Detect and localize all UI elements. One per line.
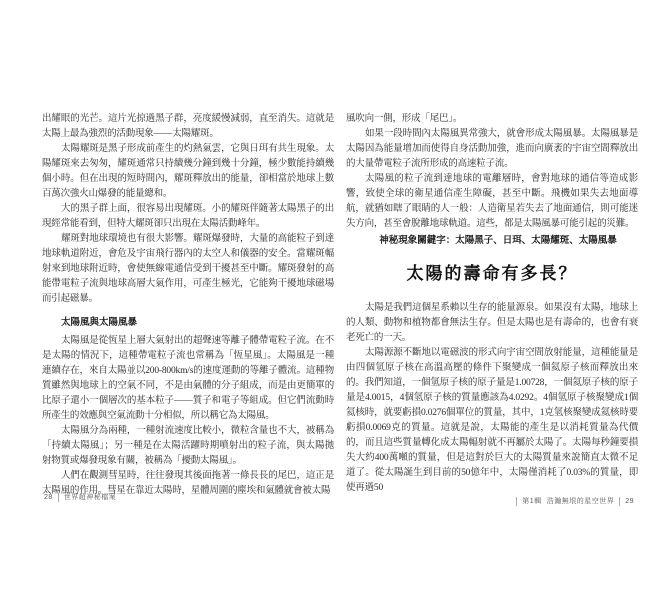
series-label: 第1輯 [522,496,541,506]
mystery-keywords-line: 神秘現象關鍵字：太陽黑子、日珥、太陽耀斑、太陽風暴 [346,233,638,248]
footer-divider [58,493,59,502]
paragraph: 太陽風分為兩種，一種射流速度比較小，微粒含量也不大，被稱為「持續太陽風」；另一種… [42,424,334,469]
paragraph: 如果一段時間內太陽風異常強大，就會形成太陽風暴。太陽風暴是太陽因為能量增加而使得… [346,127,638,172]
paragraph: 風吹向一側，形成「尾巴」。 [346,112,638,127]
page-number: 28 [44,494,53,501]
book-title: 世界超神秘檔案 [64,492,117,502]
paragraph: 太陽源源不斷地以電磁波的形式向宇宙空間放射能量，這種能量是由四個氫原子核在高溫高… [346,346,638,496]
paragraph: 耀斑對地球環境也有很大影響。耀斑爆發時，大量的高能粒子到達地球軌道附近，會危及宇… [42,232,334,307]
section-subheading: 太陽風與太陽風暴 [42,315,334,330]
left-page: 出耀眼的光芒。這片光掠過黑子群，亮度緩慢減弱，直至消失。這就是太陽上最為強烈的活… [42,112,334,499]
paragraph: 出耀眼的光芒。這片光掠過黑子群，亮度緩慢減弱，直至消失。這就是太陽上最為強烈的活… [42,112,334,142]
chapter-title: 太陽的壽命有多長？ [346,263,638,285]
paragraph: 大的黑子群上面，很容易出現耀斑。小的耀斑伴隨著太陽黑子的出現經常能看到，但特大耀… [42,202,334,232]
book-spread: 出耀眼的光芒。這片光掠過黑子群，亮度緩慢減弱，直至消失。這就是太陽上最為強烈的活… [0,0,655,609]
page-number: 29 [625,498,634,505]
footer-divider [516,497,517,506]
paragraph: 太陽風是從恆星上層大氣射出的超聲速等離子體帶電粒子流。在不是太陽的情況下，這種帶… [42,334,334,424]
left-page-footer: 28 世界超神秘檔案 [44,492,116,502]
right-page-footer: 第1輯 浩瀚無垠的星空世界 29 [516,496,634,506]
section-title: 浩瀚無垠的星空世界 [547,496,615,506]
paragraph: 太陽風的粒子流到達地球的電離層時，會對地球的通信等造成影響，致使全球的衛星通信產… [346,172,638,232]
footer-divider [619,497,620,506]
paragraph: 太陽耀斑是黑子形成前產生的灼熱氣雲，它與日珥有共生現象。太陽耀斑來去匆匆，耀斑通… [42,142,334,202]
paragraph: 太陽是我們這個星系賴以生存的能量源泉。如果沒有太陽，地球上的人類、動物和植物都會… [346,301,638,346]
right-page: 風吹向一側，形成「尾巴」。 如果一段時間內太陽風異常強大，就會形成太陽風暴。太陽… [346,112,638,496]
